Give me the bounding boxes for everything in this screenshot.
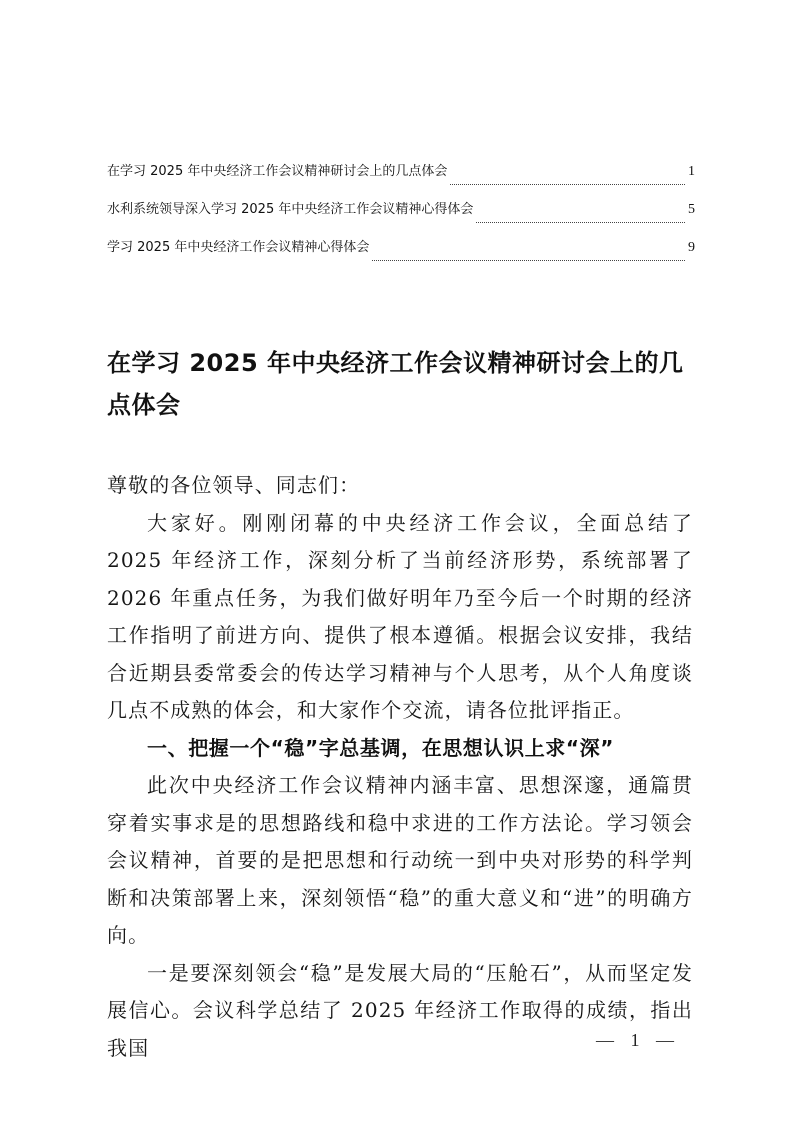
toc-entry[interactable]: 学习 2025 年中央经济工作会议精神心得体会 9: [107, 236, 695, 274]
document-page: 在学习 2025 年中央经济工作会议精神研讨会上的几点体会 1 水利系统领导深入…: [0, 0, 793, 1122]
toc-entry-page: 5: [685, 202, 695, 218]
toc-entry-title: 学习 2025 年中央经济工作会议精神心得体会: [107, 236, 372, 255]
section-heading: 一、把握一个“稳”字总基调，在思想认识上求“深”: [107, 730, 693, 768]
toc-entry[interactable]: 水利系统领导深入学习 2025 年中央经济工作会议精神心得体会 5: [107, 198, 695, 236]
salutation: 尊敬的各位领导、同志们：: [107, 467, 693, 505]
page-number: — 1 —: [596, 1030, 680, 1051]
toc-dot-leader: [476, 222, 685, 223]
document-title: 在学习 2025 年中央经济工作会议精神研讨会上的几点体会: [107, 342, 697, 426]
toc-entry[interactable]: 在学习 2025 年中央经济工作会议精神研讨会上的几点体会 1: [107, 160, 695, 198]
toc-entry-page: 9: [685, 240, 695, 256]
toc-entry-title: 在学习 2025 年中央经济工作会议精神研讨会上的几点体会: [107, 160, 450, 179]
toc-entry-title: 水利系统领导深入学习 2025 年中央经济工作会议精神心得体会: [107, 198, 476, 217]
toc-dot-leader: [372, 260, 685, 261]
body-paragraph: 此次中央经济工作会议精神内涵丰富、思想深邃，通篇贯穿着实事求是的思想路线和稳中求…: [107, 767, 693, 955]
body-paragraph: 大家好。刚刚闭幕的中央经济工作会议，全面总结了 2025 年经济工作，深刻分析了…: [107, 505, 693, 730]
toc-dot-leader: [450, 184, 685, 185]
table-of-contents: 在学习 2025 年中央经济工作会议精神研讨会上的几点体会 1 水利系统领导深入…: [107, 160, 695, 274]
toc-entry-page: 1: [685, 164, 695, 180]
document-body: 尊敬的各位领导、同志们： 大家好。刚刚闭幕的中央经济工作会议，全面总结了 202…: [107, 467, 693, 1067]
